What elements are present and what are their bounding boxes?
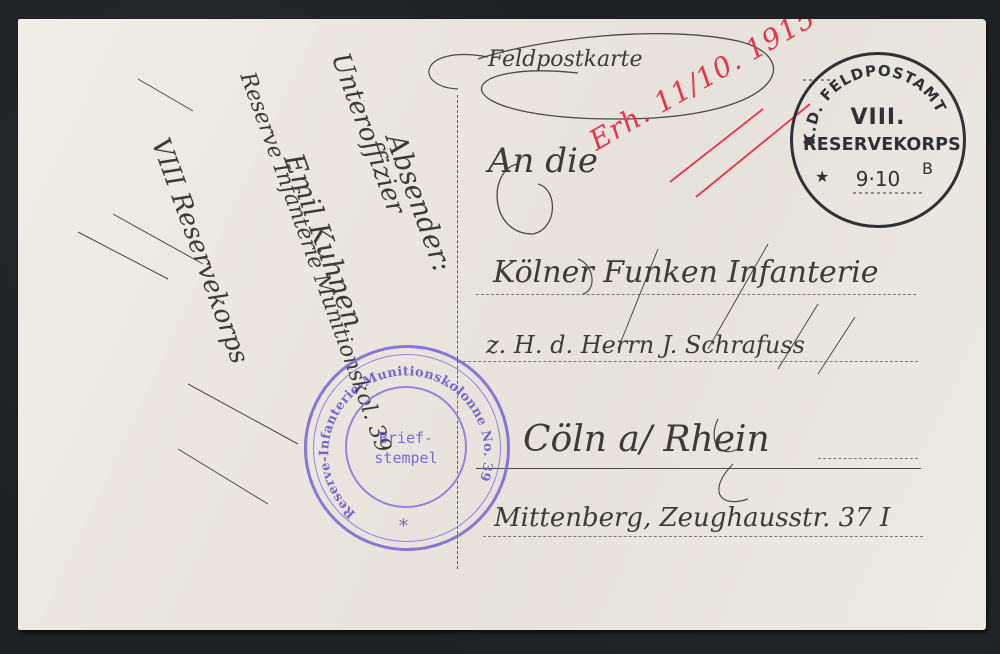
stamp-center-line-1: Brief- xyxy=(347,428,465,448)
postmark-letter: B xyxy=(922,159,933,178)
field-post-postmark: K.D. FELDPOSTAMT VIII. RESERVEKORPS ★ 9·… xyxy=(790,52,966,228)
asterisk-icon: * xyxy=(399,516,408,537)
stamp-center-line-2: stempel xyxy=(347,448,465,468)
unit-letter-stamp: Reserve-Infanterie-Munitionskolonne No. … xyxy=(304,345,510,551)
postmark-corps-name: RESERVEKORPS xyxy=(795,135,969,155)
postmark-corps-number: VIII. xyxy=(793,105,963,130)
postcard: Feldpostkarte An die Kölner Funken Infan… xyxy=(18,19,986,630)
postmark-top-arc: K.D. FELDPOSTAMT xyxy=(801,62,951,146)
svg-text:K.D. FELDPOSTAMT: K.D. FELDPOSTAMT xyxy=(801,62,951,146)
stamp-center-circle: Brief- stempel xyxy=(345,386,467,508)
postmark-date: 9·10 xyxy=(793,167,963,191)
